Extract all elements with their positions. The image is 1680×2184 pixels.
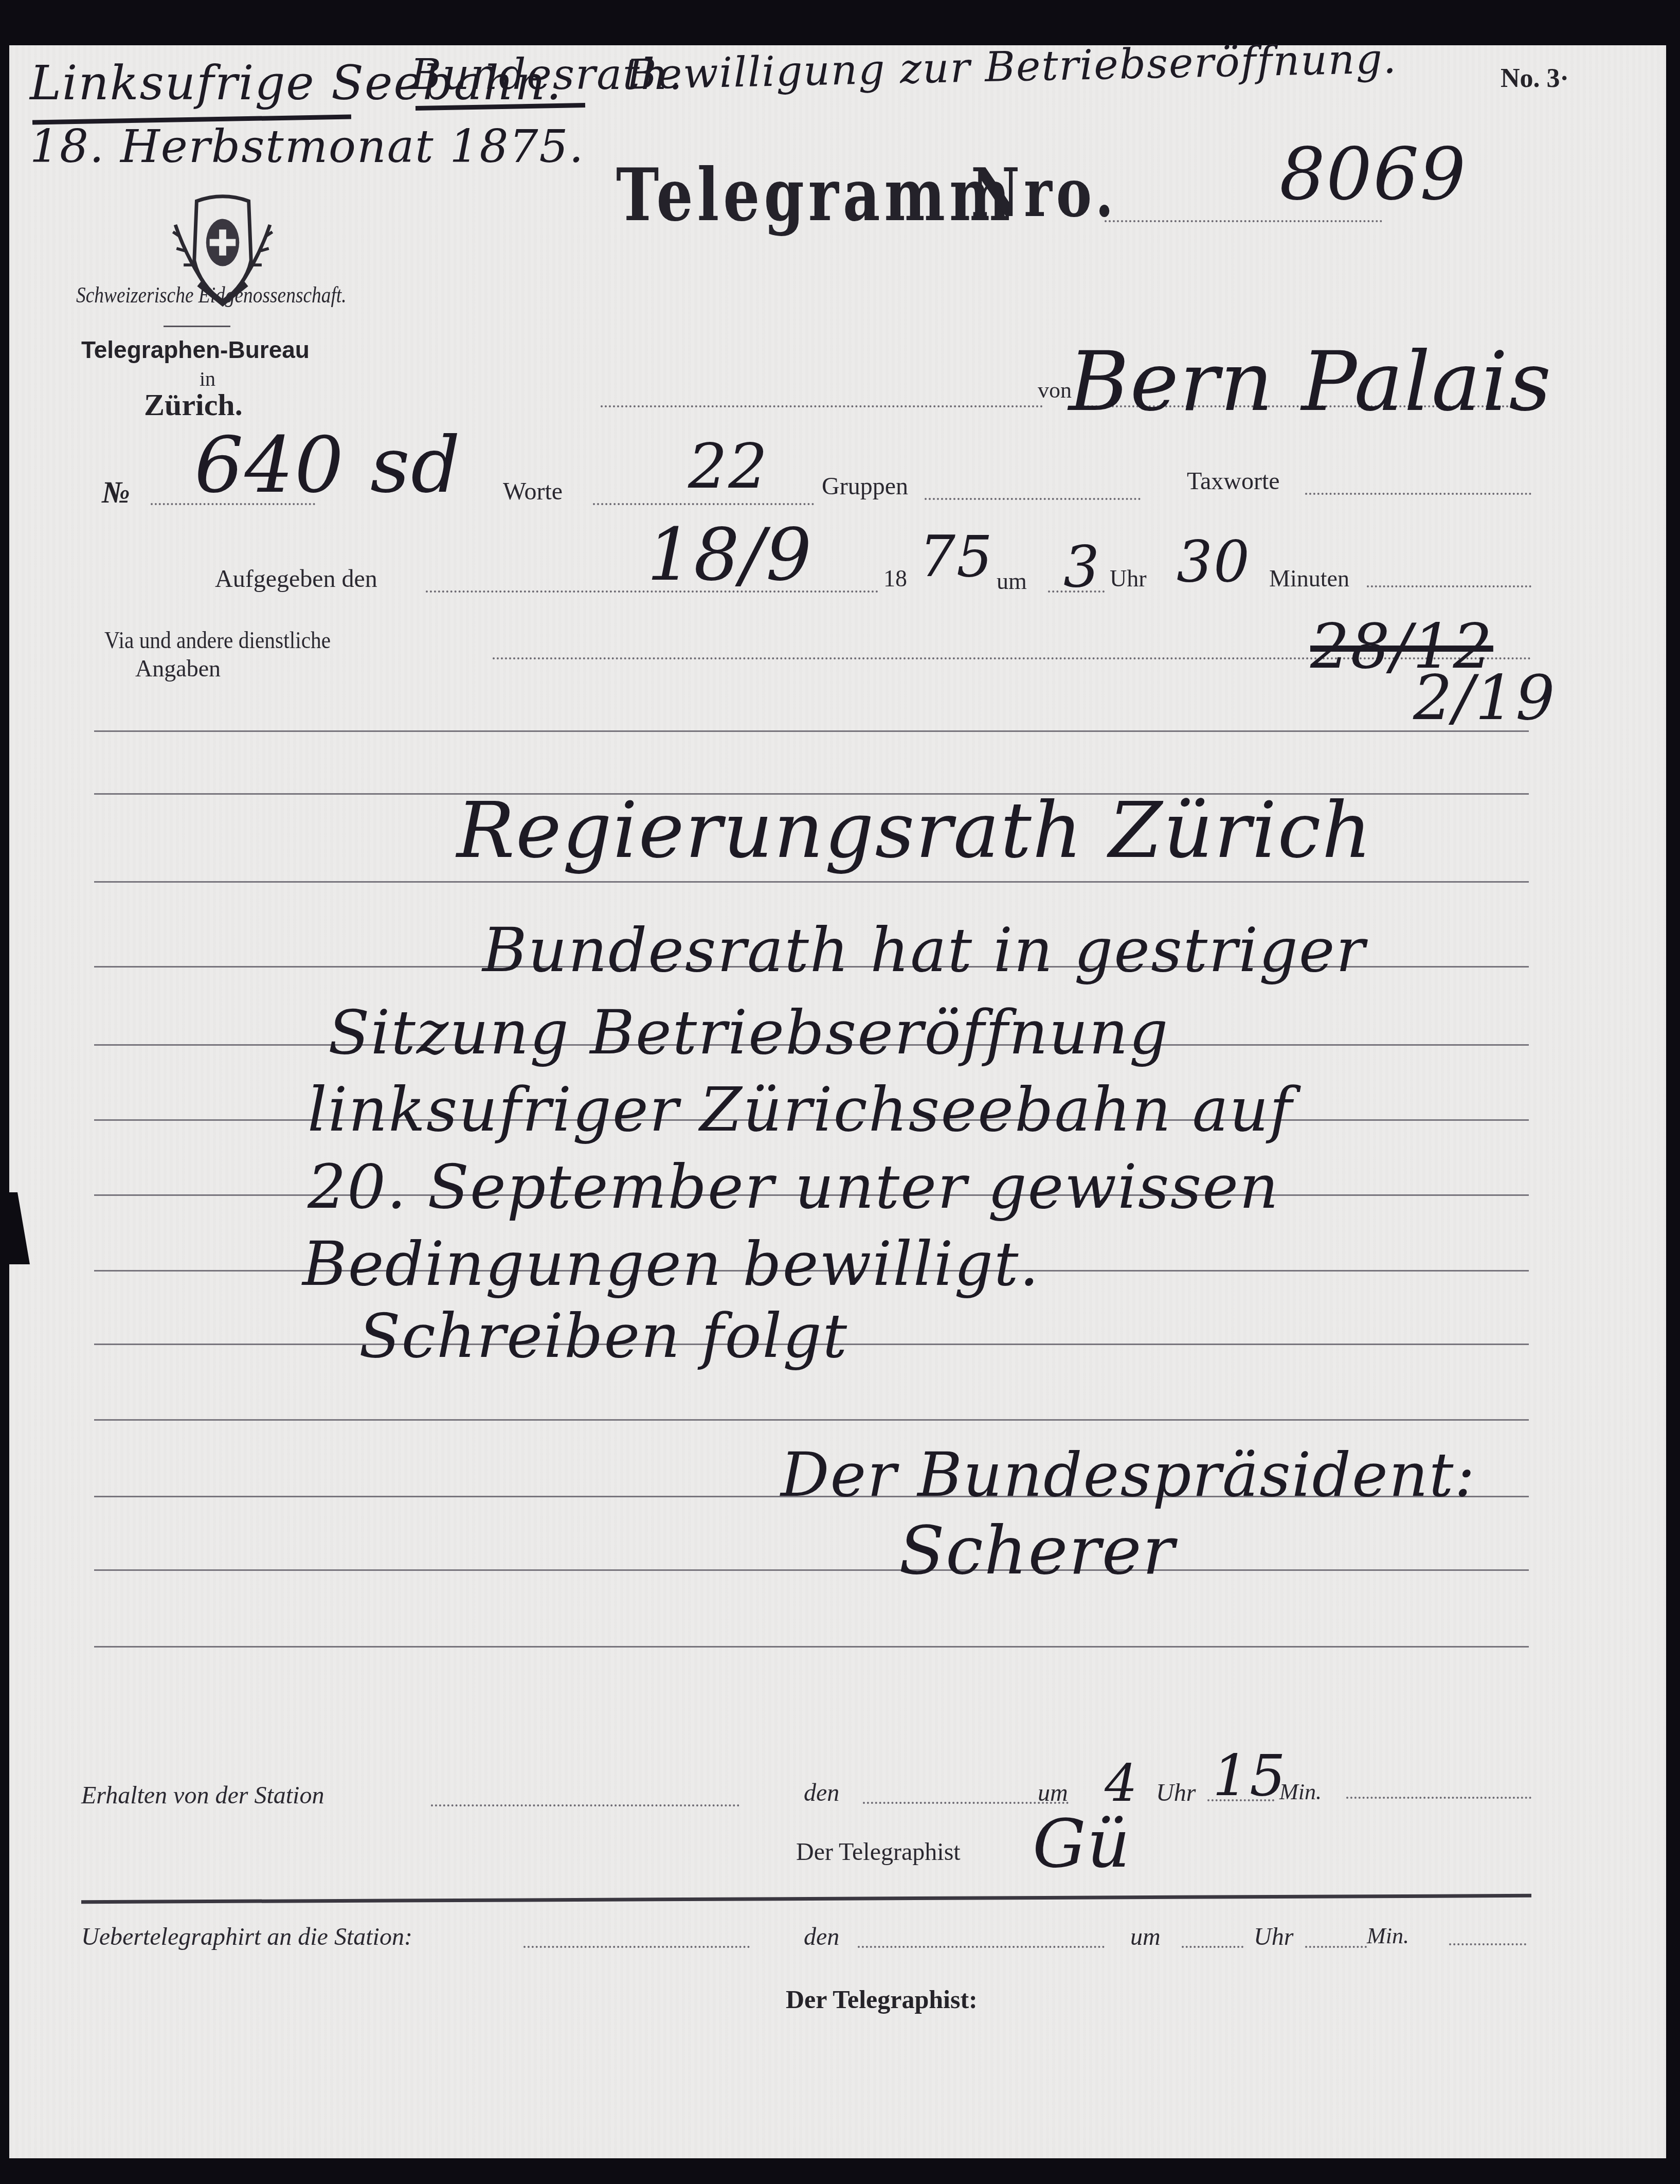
received-min-label: Min. (1279, 1779, 1322, 1805)
telegram-number[interactable]: 8069 (1279, 133, 1467, 217)
words-value[interactable]: 22 (688, 431, 769, 503)
forwarded-end-line (1449, 1943, 1526, 1945)
message-line: Schreiben folgt (359, 1300, 848, 1371)
groups-line (925, 498, 1141, 500)
taxwords-label: Taxworte (1187, 467, 1280, 495)
telegraphist-label: Der Telegraphist (796, 1838, 961, 1866)
telegraphist-signature: Gü (1033, 1804, 1131, 1883)
ruled-line (94, 881, 1529, 883)
forwarded-station-line (523, 1946, 750, 1948)
telegram-paper: Linksufrige Seebahn. Bundesrath. Bewilli… (9, 45, 1666, 2158)
form-number: No. 3· (1501, 63, 1569, 94)
title-number-label: Nro. (971, 153, 1118, 232)
received-station-line (431, 1804, 739, 1806)
ruled-line (94, 1569, 1529, 1571)
forwarded-hour-line (1182, 1946, 1243, 1948)
message-signature: Scherer (899, 1511, 1176, 1589)
received-uhr-label: Uhr (1156, 1779, 1196, 1807)
divider (164, 326, 230, 327)
ruled-line (94, 730, 1529, 732)
forwarded-min-line (1305, 1946, 1367, 1948)
number-label: № (102, 475, 130, 510)
telegraphist-label-2: Der Telegraphist: (786, 1984, 978, 2014)
at-label: um (997, 567, 1027, 595)
number-value[interactable]: 640 sd (194, 421, 461, 510)
form-title: Telegramm (616, 153, 1014, 238)
footer-divider (81, 1894, 1531, 1904)
annotation-line1-part3: Bewilligung zur Betriebseröffnung. (626, 34, 1398, 98)
telegram-number-line (1105, 220, 1382, 222)
groups-label: Gruppen (822, 472, 908, 500)
year-suffix[interactable]: 75 (919, 524, 993, 589)
from-value[interactable]: Bern Palais (1069, 333, 1552, 429)
authority-label: Schweizerische Eidgenossenschaft. (76, 282, 347, 308)
hour-label: Uhr (1110, 565, 1147, 592)
words-label: Worte (503, 477, 563, 506)
taxwords-line (1305, 493, 1531, 495)
message-addressee: Regierungsrath Zürich (457, 786, 1372, 875)
from-line-left (601, 405, 1043, 407)
forwarded-um-label: um (1130, 1923, 1161, 1951)
minutes-label: Minuten (1269, 565, 1349, 592)
ruled-line (94, 1419, 1529, 1421)
forwarded-date-line (858, 1946, 1105, 1948)
via-label-2: Angaben (135, 655, 221, 682)
message-line: Bundesrath hat in gestriger (482, 915, 1366, 986)
message-line: Sitzung Betriebseröffnung (328, 997, 1169, 1068)
forwarded-min-label: Min. (1367, 1923, 1409, 1949)
message-closing: Der Bundespräsident: (781, 1439, 1476, 1510)
submitted-date[interactable]: 18/9 (647, 513, 812, 597)
message-line: Bedingungen bewilligt. (302, 1228, 1040, 1299)
minutes-line (1367, 585, 1531, 587)
forwarded-label: Uebertelegraphirt an die Station: (81, 1923, 412, 1951)
hour-value[interactable]: 3 (1063, 534, 1100, 600)
received-den-label: den (804, 1779, 839, 1807)
submitted-label: Aufgegeben den (215, 565, 377, 593)
received-label: Erhalten von der Station (81, 1781, 324, 1810)
message-line: linksufriger Zürichseebahn auf (308, 1074, 1293, 1145)
service-note[interactable]: 2/19 (1413, 663, 1556, 734)
forwarded-den-label: den (804, 1923, 839, 1951)
message-line: 20. September unter gewissen (308, 1151, 1279, 1222)
received-um-label: um (1038, 1779, 1068, 1807)
bureau-label: Telegraphen-Bureau (81, 336, 310, 364)
minutes-value[interactable]: 30 (1177, 529, 1251, 595)
bureau-city: Zürich. (144, 387, 243, 423)
via-label: Via und andere dienstliche (104, 626, 331, 654)
from-label: von (1038, 377, 1072, 403)
annotation-line2: 18. Herbstmonat 1875. (30, 120, 585, 173)
forwarded-uhr-label: Uhr (1254, 1923, 1293, 1951)
year-prefix: 18 (883, 565, 907, 592)
paper-tear (9, 1192, 30, 1264)
received-end-line (1346, 1797, 1531, 1799)
ruled-line (94, 1646, 1529, 1648)
received-min-value[interactable]: 15 (1213, 1743, 1287, 1809)
words-line (593, 503, 814, 505)
